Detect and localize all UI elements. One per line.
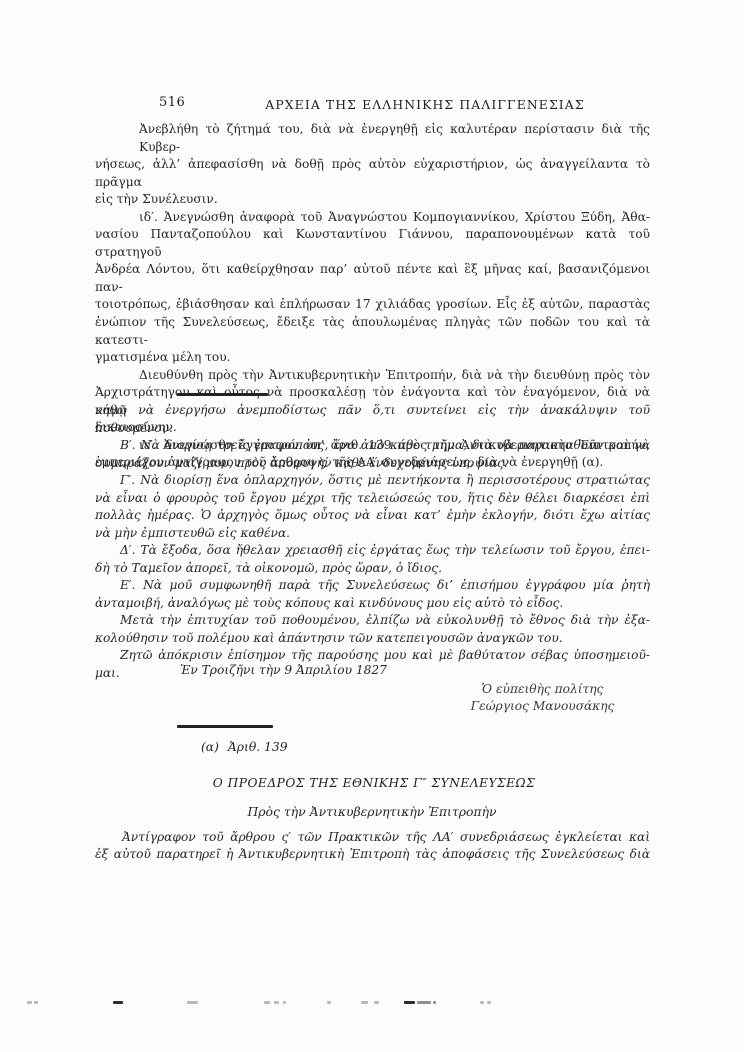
scan-artifact xyxy=(264,1001,270,1004)
running-title: ΑΡΧΕΙΑ ΤΗΣ ΕΛΛΗΝΙΚΗΣ ΠΑΛΙΓΓΕΝΕΣΙΑΣ xyxy=(265,97,584,112)
petition-text-block: νηθῶ νὰ ἐνεργήσω ἀνεμποδίστως πᾶν ὅ,τι σ… xyxy=(95,402,650,682)
scan-artifact xyxy=(274,1001,279,1004)
text-line: νηθῶ νὰ ἐνεργήσω ἀνεμποδίστως πᾶν ὅ,τι σ… xyxy=(95,402,650,437)
text-line: Διευθύνθη πρὸς τὴν Ἀντικυβερνητικὴν Ἐπιτ… xyxy=(95,367,650,385)
scan-artifact xyxy=(27,1001,32,1004)
signature-name: Γεώργιος Μανουσάκης xyxy=(440,698,645,715)
scan-artifact xyxy=(404,1001,415,1004)
text-line: ἐξ αὐτοῦ παρατηρεῖ ἡ Ἀντικυβερνητικὴ Ἐπι… xyxy=(95,846,650,863)
text-line: ἀνταμοιβή, ἀναλόγως μὲ τοὺς κόπους καὶ κ… xyxy=(95,595,650,613)
text-line: ἐνώπιον τῆς Συνελεύσεως, ἔδειξε τὰς ἀπου… xyxy=(95,314,650,349)
dateline: Ἐν Τροιζῆνι τὴν 9 Ἀπριλίου 1827 xyxy=(180,663,387,677)
signature-block: Ὁ εὐπειθὴς πολίτης Γεώργιος Μανουσάκης xyxy=(440,681,645,714)
scan-artifact xyxy=(480,1001,484,1004)
document-addressee: Πρὸς τὴν Ἀντικυβερνητικὴν Ἐπιτροπὴν xyxy=(247,804,496,819)
text-line: Δ′. Τὰ ἔξοδα, ὅσα ἤθελαν χρειασθῆ εἰς ἐρ… xyxy=(95,542,650,560)
footnote-label: (α) xyxy=(201,740,219,754)
text-line: κολούθησιν τοῦ πολέμου καὶ ἀπάντησιν τῶν… xyxy=(95,630,650,648)
scan-artifact xyxy=(34,1001,38,1004)
scan-artifact xyxy=(361,1001,368,1004)
text-line: Γ′. Νὰ διορίσῃ ἕνα ὁπλαρχηγόν, ὅστις μὲ … xyxy=(95,472,650,490)
text-line: Ζητῶ ἀπόκρισιν ἐπίσημον τῆς παρούσης μου… xyxy=(95,647,650,665)
text-line: εἰς τὴν Συνέλευσιν. xyxy=(95,191,650,209)
section-separator-rule xyxy=(177,393,268,396)
book-page: 516 ΑΡΧΕΙΑ ΤΗΣ ΕΛΛΗΝΙΚΗΣ ΠΑΛΙΓΓΕΝΕΣΙΑΣ Ἀ… xyxy=(0,0,744,1052)
footnote-rule xyxy=(177,725,273,728)
scan-artifact xyxy=(113,1001,123,1004)
text-line: Μετὰ τὴν ἐπιτυχίαν τοῦ ποθουμένου, ἐλπίζ… xyxy=(95,612,650,630)
text-line: πολλὰς ἡμέρας. Ὁ ἀρχηγὸς ὅμως οὗτος νὰ ε… xyxy=(95,507,650,525)
text-line: νὰ εἶναι ὁ φρουρὸς τοῦ ἔργου μέχρι τῆς τ… xyxy=(95,490,650,508)
footnote: (α)Ἀριθ. 139 xyxy=(201,740,288,754)
text-line: τοιοτρόπως, ἐβιάσθησαν καὶ ἐπλήρωσαν 17 … xyxy=(95,296,650,314)
text-line: Ἀνεβλήθη τὸ ζήτημά του, διὰ νὰ ἐνεργηθῇ … xyxy=(95,121,650,156)
document-heading: Ο ΠΡΟΕΔΡΟΣ ΤΗΣ ΕΘΝΙΚΗΣ Γ″ ΣΥΝΕΛΕΥΣΕΩΣ xyxy=(213,776,536,790)
text-line: συμπράξουν μαζί μου, πρὸς ἀποφυγὴν κάθε … xyxy=(95,455,650,473)
scan-artifact xyxy=(487,1001,491,1004)
text-line: νὰ μὴν ἐμπιστευθῶ εἰς καθένα. xyxy=(95,525,650,543)
text-line: Ε′. Νὰ μοῦ συμφωνηθῆ παρὰ τῆς Συνελεύσεω… xyxy=(95,577,650,595)
scan-artifact xyxy=(417,1001,431,1004)
text-line: δὴ τὸ Ταμεῖον ἀπορεῖ, τὰ οἰκονομῶ, πρὸς … xyxy=(95,560,650,578)
signature-role: Ὁ εὐπειθὴς πολίτης xyxy=(440,681,645,698)
text-line: Β′. Νὰ διορίσῃ τρεῖς ἐπιτρόπους, ἕνα ἀπὸ… xyxy=(95,437,650,455)
scan-artifact xyxy=(327,1001,331,1004)
text-line: γματισμένα μέλη του. xyxy=(95,349,650,367)
scan-artifact xyxy=(283,1001,286,1004)
footnote-text: Ἀριθ. 139 xyxy=(228,740,288,754)
scan-artifacts xyxy=(0,1000,744,1006)
document-text-block: Ἀντίγραφον τοῦ ἄρθρου ς′ τῶν Πρακτικῶν τ… xyxy=(95,829,650,863)
text-line: νασίου Πανταζοπούλου καὶ Κωνσταντίνου Γι… xyxy=(95,226,650,261)
scan-artifact xyxy=(187,1001,198,1004)
text-line: Ἀνδρέα Λόντου, ὅτι καθείρχθησαν παρ’ αὐτ… xyxy=(95,261,650,296)
scan-artifact xyxy=(433,1001,436,1004)
text-line: νήσεως, ἀλλ’ ἀπεφασίσθη νὰ δοθῇ πρὸς αὐτ… xyxy=(95,156,650,191)
scan-artifact xyxy=(374,1001,379,1004)
page-number: 516 xyxy=(159,95,185,110)
text-line: ιδ′. Ἀνεγνώσθη ἀναφορὰ τοῦ Ἀναγνώστου Κο… xyxy=(95,209,650,227)
text-line: Ἀντίγραφον τοῦ ἄρθρου ς′ τῶν Πρακτικῶν τ… xyxy=(95,829,650,846)
